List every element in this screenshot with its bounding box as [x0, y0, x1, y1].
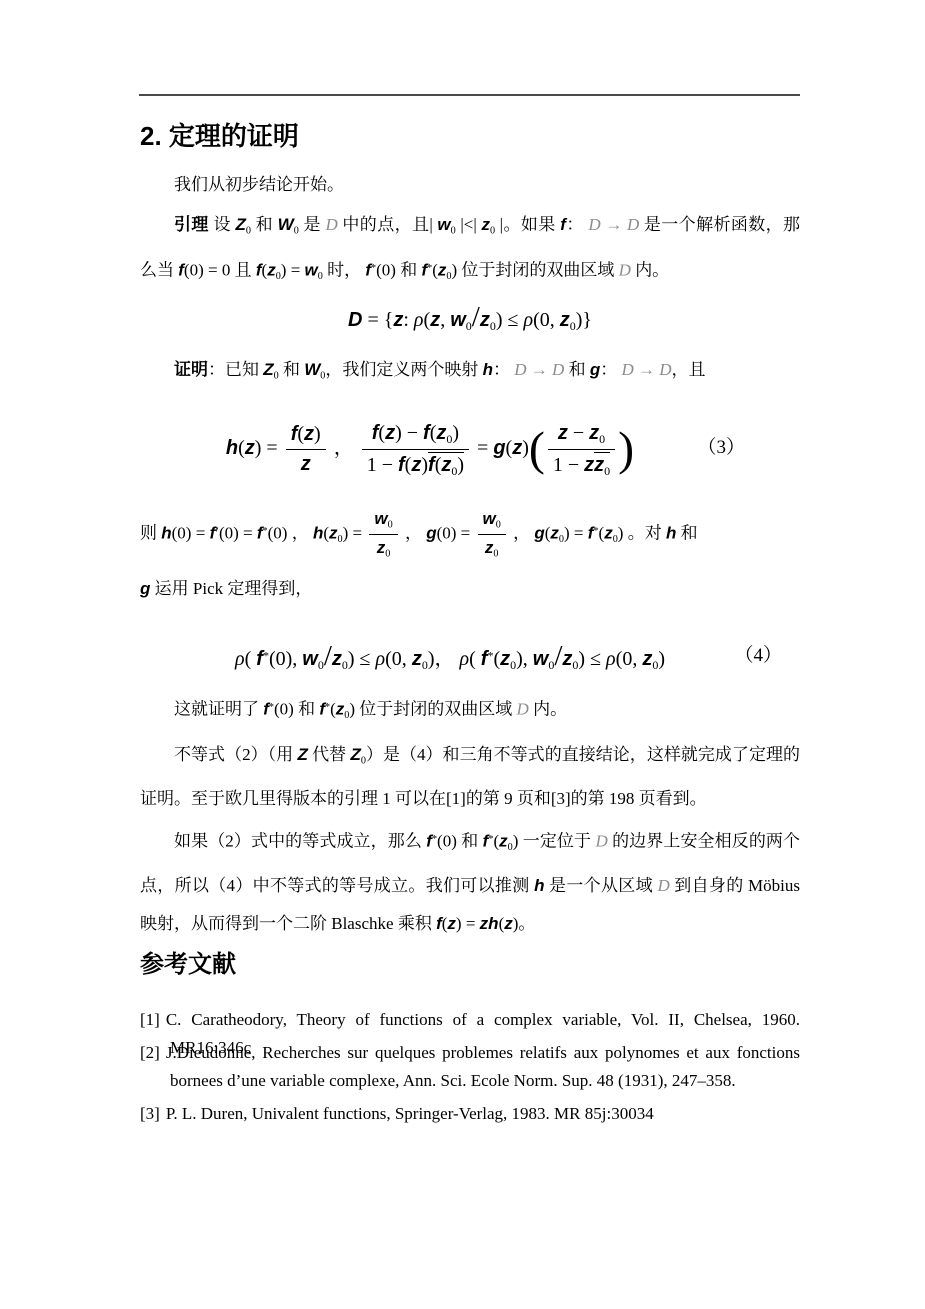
- reference-2-label: [2]: [140, 1043, 160, 1062]
- text-run: ，: [329, 437, 359, 459]
- reference-3-label: [3]: [140, 1104, 160, 1123]
- document-page: 2. 定理的证明 我们从初步结论开始。 引理 设 Z0 和 W0 是 D 中的点…: [0, 0, 925, 1309]
- paragraph-then-values-line1: 则 h(0) = f′(0) = f*(0) ， h(z0) = w0z0 ， …: [140, 504, 800, 560]
- text-run: 位于封闭的双曲区域: [355, 700, 517, 719]
- text-run: z: [385, 422, 395, 444]
- text-run: w: [533, 648, 549, 670]
- text-run: = {: [362, 309, 393, 331]
- text-run: 一定位于: [518, 832, 595, 851]
- text-run: ) ≤: [496, 309, 524, 331]
- text-run: (: [238, 437, 245, 459]
- display-formula-region-definition: D = {z: ρ(z, w0/z0) ≤ ρ(0, z0)}: [140, 298, 800, 345]
- text-run: 。: [518, 914, 535, 933]
- fraction-numerator: z − z0: [548, 421, 615, 450]
- text-run: z: [336, 700, 345, 719]
- text-run: /: [472, 301, 480, 333]
- text-run: z: [504, 914, 513, 933]
- text-run: z: [430, 309, 440, 331]
- fraction-numerator: w0: [478, 508, 506, 535]
- text-run: D: [657, 876, 669, 895]
- paragraph-lemma: 引理 设 Z0 和 W0 是 D 中的点，且| w0 |<| z0 |。如果 f…: [140, 206, 800, 296]
- text-run: ：: [566, 215, 588, 234]
- text-run: 1 −: [367, 454, 398, 476]
- text-run: (: [245, 648, 257, 670]
- text-run: ) =: [255, 437, 283, 459]
- text-run: f: [428, 454, 435, 476]
- text-run: g: [426, 524, 436, 543]
- text-run: ): [421, 454, 428, 476]
- text-run: z: [301, 453, 311, 475]
- text-run: z: [393, 309, 403, 331]
- text-run: w: [437, 215, 450, 234]
- text-run: (: [529, 422, 545, 475]
- text-run: h: [226, 437, 238, 459]
- text-run: Z: [263, 360, 273, 379]
- paragraph-equality-case: 如果（2）式中的等式成立，那么 f*(0) 和 f*(z0) 一定位于 D 的边…: [140, 821, 800, 943]
- equation-3-number: （3）: [697, 406, 745, 490]
- text-run: ) =: [564, 524, 588, 543]
- text-run: D → D: [588, 215, 639, 234]
- text-run: z: [267, 261, 276, 280]
- text-run: ),: [516, 648, 533, 670]
- text-run: ρ: [376, 648, 386, 670]
- text-run: 。对: [623, 524, 666, 543]
- text-run: 时，: [323, 261, 366, 280]
- text-run: Z: [350, 745, 360, 764]
- text-run: (0) =: [437, 524, 475, 543]
- overline-conjugate: f(z0): [428, 452, 464, 479]
- fraction-numerator: f(z) − f(z0): [362, 421, 469, 450]
- text-run: ρ: [459, 648, 469, 670]
- section-divider-rule: [139, 94, 800, 96]
- text-run: z: [329, 524, 338, 543]
- text-run: z: [560, 309, 570, 331]
- text-run: f: [398, 454, 405, 476]
- reference-item-3: [3]P. L. Duren, Univalent functions, Spr…: [140, 1100, 800, 1128]
- text-run: 和: [251, 215, 278, 234]
- text-run: 0: [604, 463, 610, 477]
- text-run: z: [377, 538, 386, 557]
- fraction-numerator: f(z): [286, 422, 326, 450]
- text-run: 中的点，且|: [338, 215, 438, 234]
- text-run: z: [562, 648, 572, 670]
- text-run: h: [313, 524, 323, 543]
- text-run: z: [584, 454, 594, 476]
- text-run: z: [594, 454, 604, 476]
- text-run: h: [161, 524, 171, 543]
- fraction-denominator: z0: [369, 535, 397, 561]
- text-run: 0: [493, 548, 498, 559]
- text-run: 这就证明了: [174, 700, 263, 719]
- text-run: Z: [235, 215, 245, 234]
- text-run: ): [314, 423, 321, 445]
- equation-3-body: h(z) = f(z)z ， f(z) − f(z0)1 − f(z)f(z0)…: [226, 437, 634, 459]
- text-run: ) ≤: [348, 648, 376, 670]
- text-run: ) −: [395, 422, 423, 444]
- text-run: D → D: [514, 360, 564, 379]
- text-run: z: [481, 215, 490, 234]
- text-run: z: [332, 648, 342, 670]
- paragraph-intro: 我们从初步结论开始。: [140, 166, 800, 204]
- text-run: ：: [493, 360, 514, 379]
- fraction: w0z0: [369, 508, 397, 561]
- text-run: 如果（2）式中的等式成立，那么: [174, 832, 426, 851]
- text-run: D: [348, 309, 362, 331]
- references-heading: 参考文献: [140, 948, 800, 982]
- text-run: 和: [676, 524, 697, 543]
- text-run: z: [500, 648, 510, 670]
- fraction-numerator: w0: [369, 508, 397, 535]
- paragraph-then-values-line2: g 运用 Pick 定理得到，: [140, 570, 800, 608]
- equation-4-body: ρ( f*(0), w0/z0) ≤ ρ(0, z0)， ρ( f*(z0), …: [235, 648, 665, 670]
- text-run: ) =: [456, 914, 480, 933]
- text-run: (0): [437, 832, 457, 851]
- text-run: =: [472, 437, 493, 459]
- text-run: ): [522, 437, 529, 459]
- overline-conjugate: z0: [594, 452, 610, 479]
- text-run: )，: [428, 648, 460, 670]
- text-run: z: [589, 422, 599, 444]
- text-run: z: [441, 454, 451, 476]
- fraction: z − z01 − zz0: [548, 421, 615, 478]
- text-run: ：已知: [208, 360, 263, 379]
- text-run: (0),: [269, 648, 302, 670]
- text-run: (0,: [533, 309, 560, 331]
- text-run: 和: [279, 360, 305, 379]
- text-run: w: [374, 509, 387, 528]
- text-run: D: [595, 832, 607, 851]
- equation-4-number: （4）: [734, 636, 782, 676]
- reference-item-2: [2]J.Dieudonne, Recherches sur quelques …: [140, 1039, 800, 1095]
- text-run: D: [325, 215, 337, 234]
- text-run: (0) =: [172, 524, 210, 543]
- text-run: 0: [385, 548, 390, 559]
- text-run: g: [493, 437, 505, 459]
- text-run: w: [305, 261, 318, 280]
- text-run: W: [278, 215, 294, 234]
- text-run: z: [447, 914, 456, 933]
- fraction: f(z)z: [286, 422, 326, 477]
- text-run: z: [411, 454, 421, 476]
- text-run: −: [568, 422, 589, 444]
- text-run: 不等式（2）（用: [174, 745, 297, 764]
- paragraph-proof-intro: 证明：已知 Z0 和 W0，我们定义两个映射 h： D → D 和 g： D →…: [140, 351, 800, 395]
- text-run: W: [304, 360, 320, 379]
- text-run: z: [480, 309, 490, 331]
- fraction: w0z0: [478, 508, 506, 561]
- text-run: ) ≤: [578, 648, 606, 670]
- fraction-denominator: 1 − f(z)f(z0): [362, 450, 469, 479]
- text-run: ): [457, 454, 464, 476]
- text-run: 证明: [174, 360, 208, 379]
- text-run: ρ: [606, 648, 616, 670]
- text-run: ): [452, 422, 459, 444]
- text-run: 和: [457, 832, 483, 851]
- equation-4: ρ( f*(0), w0/z0) ≤ ρ(0, z0)， ρ( f*(z0), …: [140, 636, 800, 676]
- text-run: ) =: [281, 261, 305, 280]
- text-run: ρ: [235, 648, 245, 670]
- reference-2-text: J.Dieudonne, Recherches sur quelques pro…: [166, 1043, 800, 1090]
- text-run: 我们从初步结论开始。: [174, 175, 344, 194]
- text-run: |。如果: [495, 215, 560, 234]
- fraction: f(z) − f(z0)1 − f(z)f(z0): [362, 421, 469, 478]
- text-run: f: [423, 422, 430, 444]
- text-run: ) 位于封闭的双曲区域: [451, 261, 618, 280]
- text-run: ，: [401, 524, 427, 543]
- paragraph-inequality-conclusion: 不等式（2）（用 Z 代替 Z0）是（4）和三角不等式的直接结论，这样就完成了定…: [140, 736, 800, 818]
- text-run: 内。: [529, 700, 567, 719]
- text-run: ，我们定义两个映射: [325, 360, 482, 379]
- text-run: ρ: [414, 309, 424, 331]
- text-run: ): [658, 648, 665, 670]
- text-run: 运用 Pick 定理得到，: [150, 579, 312, 598]
- text-run: ρ: [523, 309, 533, 331]
- text-run: (0): [274, 700, 294, 719]
- text-run: h: [666, 524, 676, 543]
- text-run: z: [304, 423, 314, 445]
- text-run: ) =: [343, 524, 367, 543]
- text-run: z: [245, 437, 255, 459]
- text-run: 0: [496, 519, 501, 530]
- text-run: /: [324, 640, 332, 672]
- text-run: g: [534, 524, 544, 543]
- text-run: |<|: [456, 215, 482, 234]
- text-run: 和: [294, 700, 320, 719]
- text-run: ：: [600, 360, 621, 379]
- text-run: Z: [297, 745, 307, 764]
- text-run: h: [534, 876, 544, 895]
- text-run: z: [604, 524, 613, 543]
- text-run: (0) 和: [376, 261, 421, 280]
- text-run: z: [436, 422, 446, 444]
- text-run: 0: [388, 519, 393, 530]
- text-run: z: [642, 648, 652, 670]
- text-run: z: [412, 648, 422, 670]
- text-run: ,: [440, 309, 450, 331]
- text-run: 是: [299, 215, 326, 234]
- section-heading: 2. 定理的证明: [140, 116, 800, 156]
- text-run: f: [256, 648, 263, 670]
- text-run: (0,: [616, 648, 643, 670]
- text-run: z: [550, 524, 559, 543]
- text-run: z: [480, 914, 489, 933]
- text-run: 引理: [174, 215, 209, 234]
- text-run: (0,: [385, 648, 412, 670]
- fraction-denominator: z: [286, 450, 326, 477]
- text-run: ): [618, 422, 634, 475]
- equation-3: h(z) = f(z)z ， f(z) − f(z0)1 − f(z)f(z0)…: [140, 406, 800, 490]
- text-run: D → D: [621, 360, 671, 379]
- text-run: w: [450, 309, 466, 331]
- text-run: )}: [576, 309, 592, 331]
- reference-1-label: [1]: [140, 1010, 160, 1029]
- fraction-denominator: z0: [478, 535, 506, 561]
- text-run: 和: [564, 360, 590, 379]
- reference-3-text: P. L. Duren, Univalent functions, Spring…: [166, 1104, 654, 1123]
- text-run: h: [488, 914, 498, 933]
- text-run: :: [403, 309, 414, 331]
- text-run: (0) ，: [268, 524, 313, 543]
- text-run: w: [302, 648, 318, 670]
- fraction-denominator: 1 − zz0: [548, 450, 615, 479]
- text-run: 设: [209, 215, 236, 234]
- text-run: h: [483, 360, 493, 379]
- text-run: D: [619, 261, 631, 280]
- text-run: 0: [599, 432, 605, 446]
- text-run: 1 −: [553, 454, 584, 476]
- text-run: (: [469, 648, 481, 670]
- text-run: 代替: [308, 745, 351, 764]
- text-run: (0) = 0 且: [184, 261, 256, 280]
- text-run: ′(0) =: [215, 524, 257, 543]
- text-run: ，: [509, 524, 535, 543]
- text-run: ，且: [672, 360, 706, 379]
- text-run: D: [517, 700, 529, 719]
- text-run: 内。: [631, 261, 669, 280]
- text-run: z: [512, 437, 522, 459]
- text-run: z: [499, 832, 508, 851]
- text-run: w: [483, 509, 496, 528]
- text-run: 是一个从区域: [544, 876, 657, 895]
- paragraph-proved: 这就证明了 f*(0) 和 f*(z0) 位于封闭的双曲区域 D 内。: [140, 689, 800, 735]
- text-run: g: [590, 360, 600, 379]
- text-run: g: [140, 579, 150, 598]
- text-run: z: [558, 422, 568, 444]
- text-run: 则: [140, 524, 161, 543]
